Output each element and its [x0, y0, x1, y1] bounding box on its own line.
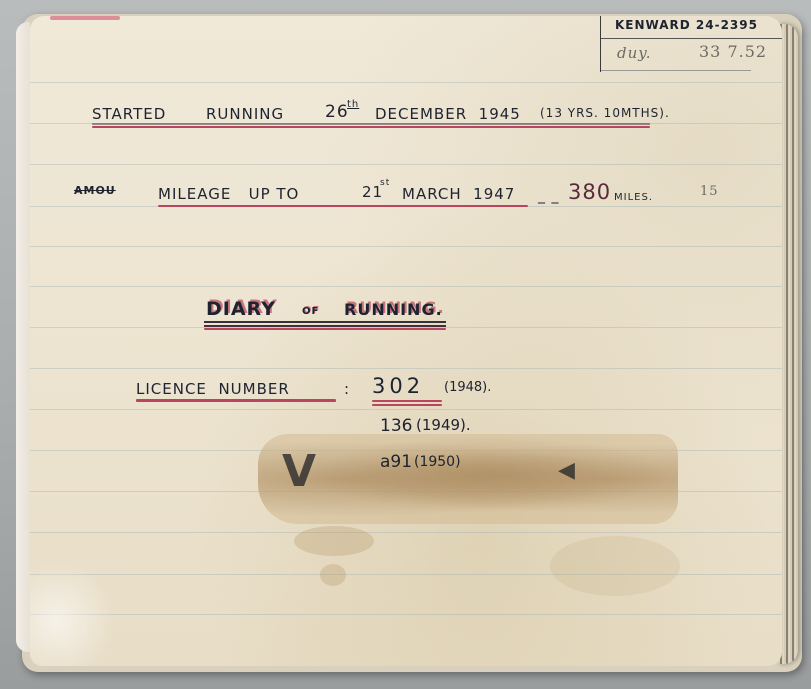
licence-label: LICENCE NUMBER: [136, 380, 290, 398]
red-underline: [158, 205, 528, 207]
licence-number-1950: a91: [380, 452, 412, 472]
ruled-line: [30, 286, 782, 287]
ruled-line: [30, 532, 782, 533]
red-underline: [136, 399, 336, 402]
dashes: _ _: [538, 188, 559, 204]
licence-year-1950: (1950): [414, 454, 461, 470]
title-underline-2: [204, 325, 446, 327]
title-word-diary: DIARY: [206, 298, 276, 320]
ruled-line: [30, 368, 782, 369]
ruled-line: [30, 409, 782, 410]
title-underline-1: [204, 321, 446, 323]
diary-page: KENWARD 24-2395 duy. 33 7.52 STARTED RUN…: [30, 16, 782, 666]
struck-out-word: AMOU: [74, 184, 116, 197]
ruled-line: [30, 82, 782, 83]
red-underline: [372, 400, 442, 402]
mileage-label: MILEAGE UP TO: [158, 185, 299, 203]
reference-stamp: KENWARD 24-2395 duy. 33 7.52: [600, 16, 782, 72]
ruled-line: [30, 614, 782, 615]
start-month-year: DECEMBER 1945: [375, 105, 521, 123]
start-date-suffix: th: [347, 99, 359, 110]
pink-edge-mark: [50, 16, 120, 20]
ruled-line: [30, 246, 782, 247]
licence-year-1949: (1949).: [416, 416, 471, 434]
mileage-month-year: MARCH 1947: [402, 185, 515, 203]
licence-number-1949: 136: [380, 416, 412, 436]
pencil-annotation: 15: [700, 184, 719, 199]
licence-year-1948: (1948).: [444, 380, 491, 395]
title-underline-red: [204, 328, 446, 330]
licence-colon: :: [344, 380, 350, 398]
worn-corner: [30, 556, 120, 666]
stamp-pencil-note: duy.: [617, 44, 652, 62]
torn-glyph-triangle: ◀: [558, 458, 575, 483]
stamp-pencil-number: 33 7.52: [699, 42, 767, 61]
age-note: (13 YRS. 10MTHS).: [540, 106, 670, 120]
stain: [550, 536, 680, 596]
mileage-date-suffix: st: [380, 178, 390, 188]
miles-value: 380: [568, 180, 611, 204]
stamp-divider: [601, 38, 782, 39]
running-word: RUNNING: [206, 105, 284, 123]
notebook-left-edge: [16, 22, 30, 652]
stamp-name: KENWARD 24-2395: [615, 18, 758, 32]
miles-unit: MILES.: [614, 192, 653, 203]
ruled-line: [30, 164, 782, 165]
torn-paper-residue: V ◀: [258, 434, 678, 524]
red-underline: [372, 404, 442, 406]
licence-number-1948: 302: [372, 374, 424, 398]
ink-underline: [92, 123, 650, 125]
stain: [320, 564, 346, 586]
torn-glyph-v: V: [282, 446, 316, 497]
stamp-bottom-line: [601, 70, 751, 71]
title-word-running: RUNNING.: [344, 300, 443, 319]
start-date-day: 26: [325, 102, 349, 122]
red-underline: [92, 126, 650, 128]
started-word: STARTED: [92, 105, 166, 123]
title-word-of: OF: [302, 306, 319, 317]
stain: [294, 526, 374, 556]
